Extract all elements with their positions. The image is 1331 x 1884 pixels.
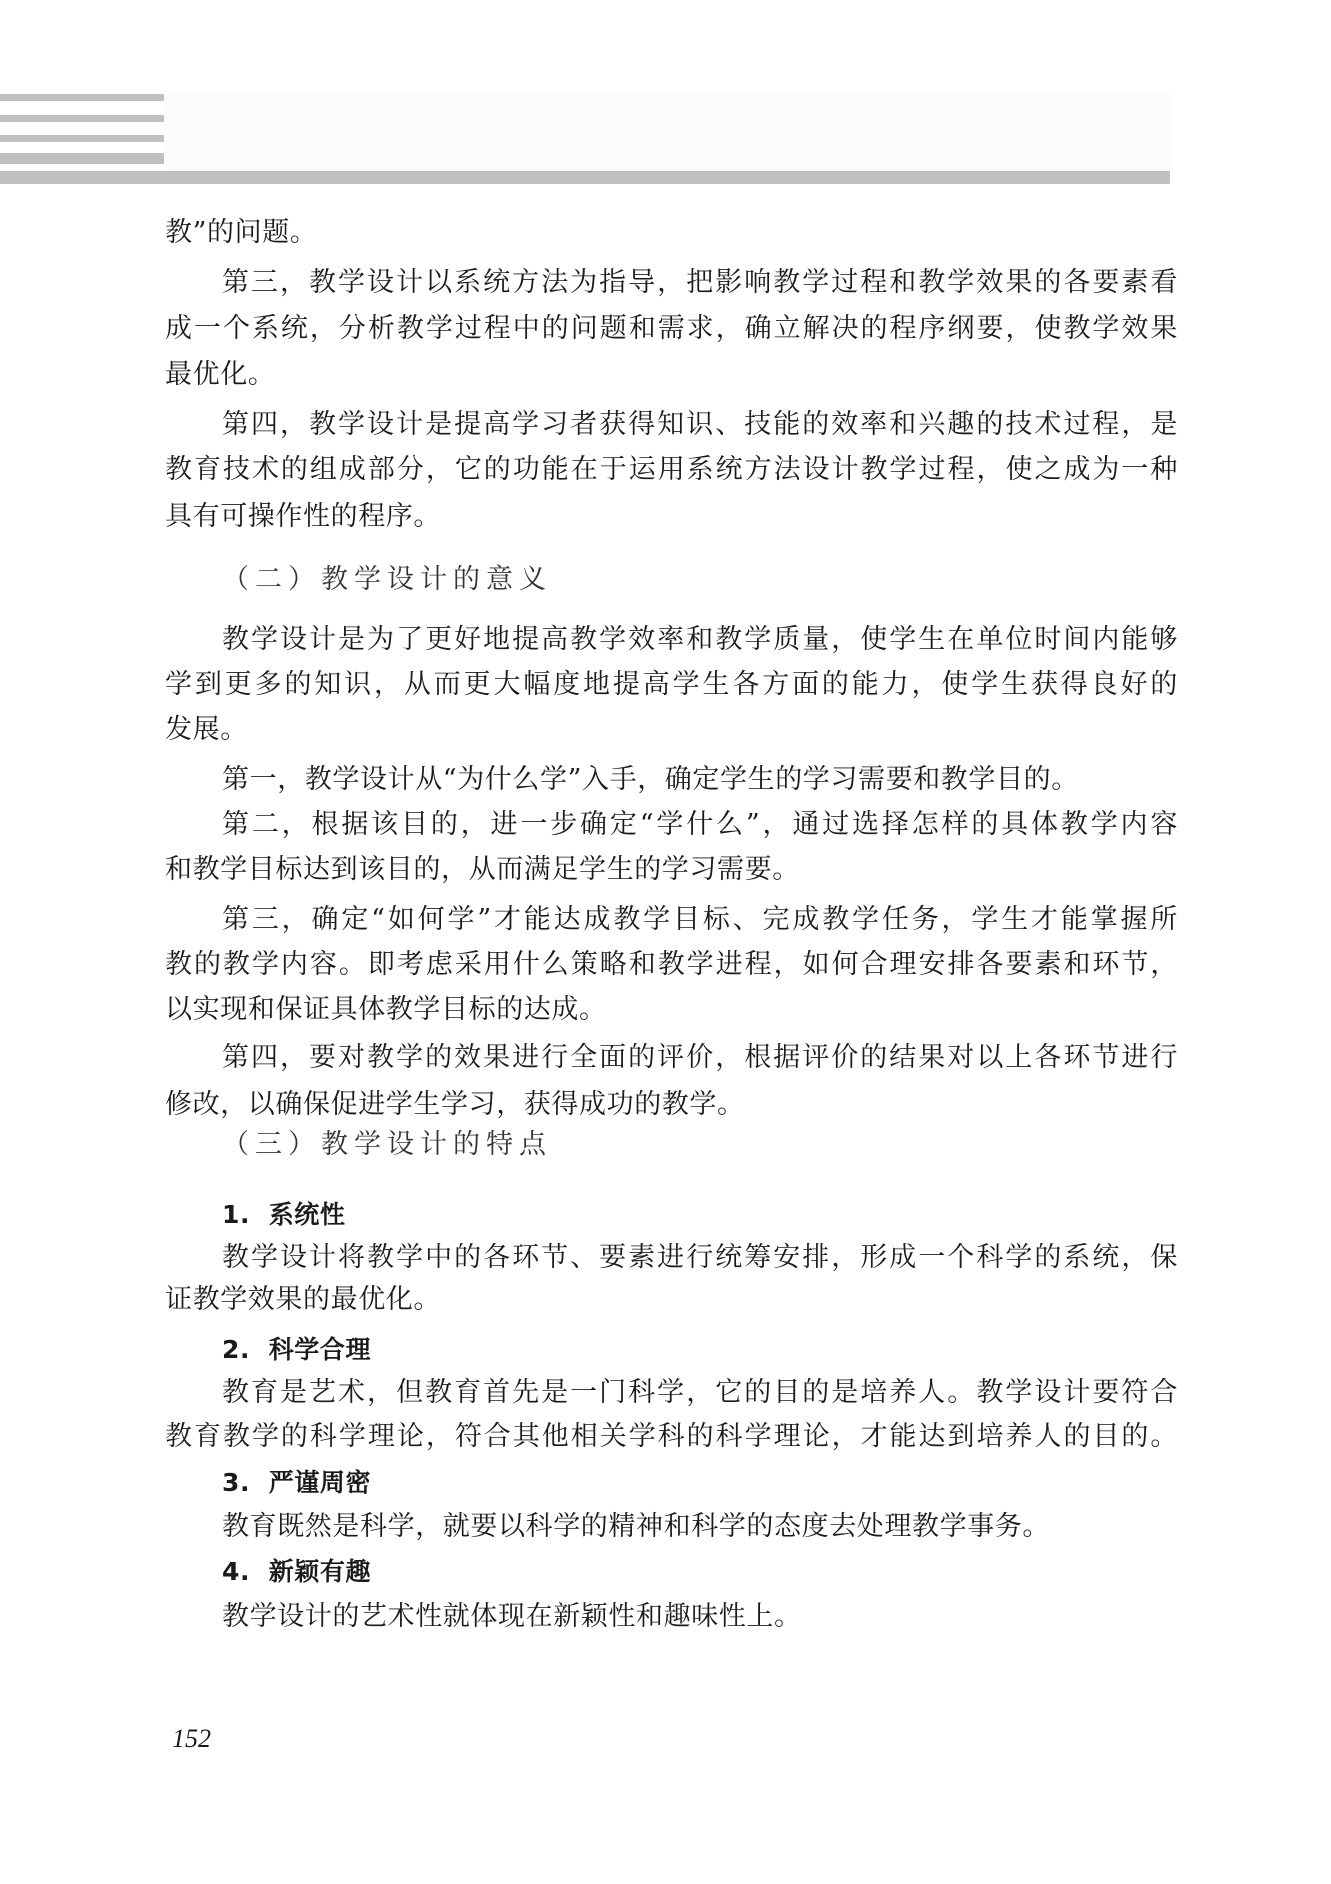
paragraph-line: 第四，教学设计是提高学习者获得知识、技能的效率和兴趣的技术过程，是 [165, 408, 1178, 442]
paragraph-line: 教育技术的组成部分，它的功能在于运用系统方法设计教学过程，使之成为一种 [165, 453, 1178, 487]
section-heading: （二）教学设计的意义 [165, 563, 1178, 597]
paragraph-line: 教育教学的科学理论，符合其他相关学科的科学理论，才能达到培养人的目的。 [165, 1420, 1178, 1454]
paragraph-line: 第三，确定“如何学”才能达成教学目标、完成教学任务，学生才能掌握所 [165, 903, 1178, 937]
page-number: 152 [172, 1724, 211, 1754]
paragraph-line: 第二，根据该目的，进一步确定“学什么”，通过选择怎样的具体教学内容 [165, 808, 1178, 842]
paragraph-line: 最优化。 [165, 358, 1178, 392]
paragraph-line: 修改，以确保促进学生学习，获得成功的教学。 [165, 1088, 1178, 1122]
paragraph-line: 第四，要对教学的效果进行全面的评价，根据评价的结果对以上各环节进行 [165, 1041, 1178, 1075]
header-rule [0, 171, 1170, 184]
paragraph-line: 和教学目标达到该目的，从而满足学生的学习需要。 [165, 853, 1178, 887]
subsection-title: 4. 新颖有趣 [165, 1555, 1178, 1589]
paragraph-line: 具有可操作性的程序。 [165, 500, 1178, 534]
paragraph-line: 第一，教学设计从“为什么学”入手，确定学生的学习需要和教学目的。 [165, 763, 1178, 797]
paragraph-line: 发展。 [165, 713, 1178, 747]
header-stripe [0, 115, 164, 122]
paragraph-line: 成一个系统，分析教学过程中的问题和需求，确立解决的程序纲要，使教学效果 [165, 312, 1178, 346]
paragraph-line: 学到更多的知识，从而更大幅度地提高学生各方面的能力，使学生获得良好的 [165, 668, 1178, 702]
paragraph-line: 教的教学内容。即考虑采用什么策略和教学进程，如何合理安排各要素和环节， [165, 948, 1178, 982]
paragraph-line: 教学设计是为了更好地提高教学效率和教学质量，使学生在单位时间内能够 [165, 623, 1178, 657]
paragraph-line: 第三，教学设计以系统方法为指导，把影响教学过程和教学效果的各要素看 [165, 266, 1178, 300]
paragraph-line: 教学设计的艺术性就体现在新颖性和趣味性上。 [165, 1600, 1178, 1634]
section-heading: （三）教学设计的特点 [165, 1128, 1178, 1162]
header-stripe [0, 135, 164, 142]
paragraph-line: 教”的问题。 [165, 216, 1178, 250]
header-panel [164, 94, 1170, 171]
paragraph-line: 教育既然是科学，就要以科学的精神和科学的态度去处理教学事务。 [165, 1510, 1178, 1544]
paragraph-line: 以实现和保证具体教学目标的达成。 [165, 993, 1178, 1027]
header-stripe [0, 153, 164, 164]
subsection-title: 1. 系统性 [165, 1198, 1178, 1232]
paragraph-line: 教学设计将教学中的各环节、要素进行统筹安排，形成一个科学的系统，保 [165, 1241, 1178, 1275]
subsection-title: 3. 严谨周密 [165, 1466, 1178, 1500]
header-stripe [0, 94, 164, 101]
paragraph-line: 证教学效果的最优化。 [165, 1283, 1178, 1317]
paragraph-line: 教育是艺术，但教育首先是一门科学，它的目的是培养人。教学设计要符合 [165, 1376, 1178, 1410]
subsection-title: 2. 科学合理 [165, 1333, 1178, 1367]
